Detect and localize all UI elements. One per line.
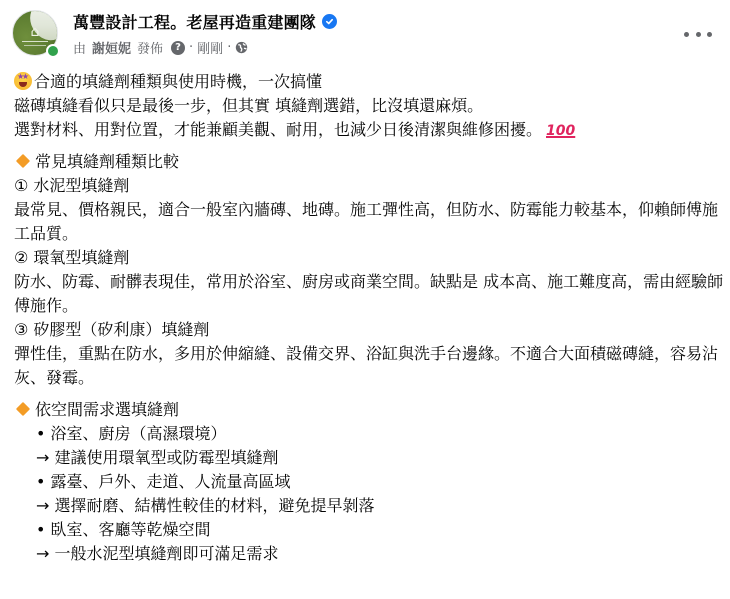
- space-bullet: • 浴室、廚房（高濕環境）: [14, 422, 724, 446]
- online-status-icon: [46, 44, 60, 58]
- space-bullet: • 露臺、戶外、走道、人流量高區域: [14, 470, 724, 494]
- post-header: ⌂ 萬豐設計工程。老屋再造重建團隊 由 謝姮妮 發佈 ? · 剛剛 ·: [0, 0, 730, 68]
- page-name-link[interactable]: 萬豐設計工程。老屋再造重建團隊: [73, 10, 316, 33]
- dot: [696, 32, 701, 37]
- intro-line-3-text: 選對材料、用對位置，才能兼顧美觀、耐用，也減少日後清潔與維修困擾。: [14, 120, 542, 139]
- spacer: [14, 390, 724, 398]
- type-heading: ③ 矽膠型（矽利康）填縫劑: [14, 318, 724, 342]
- more-options-button[interactable]: [684, 24, 712, 44]
- posted-label: 發佈: [137, 38, 163, 57]
- spacer: [14, 142, 724, 150]
- type-description: 防水、防霉、耐髒表現佳，常用於浴室、廚房或商業空間。缺點是 成本高、施工難度高，…: [14, 270, 724, 318]
- dot: [707, 32, 712, 37]
- author-link[interactable]: 謝姮妮: [92, 38, 131, 57]
- help-icon[interactable]: ?: [171, 41, 185, 55]
- dot: [684, 32, 689, 37]
- logo-line-decoration: [24, 45, 46, 46]
- logo-line-decoration: [22, 41, 48, 42]
- orange-diamond-icon: [16, 154, 30, 168]
- type-description: 最常見、價格親民，適合一般室內牆磚、地磚。施工彈性高，但防水、防霉能力較基本，仰…: [14, 198, 724, 246]
- separator: ·: [189, 40, 193, 55]
- intro-line-2: 磁磚填縫看似只是最後一步，但其實 填縫劑選錯，比沒填還麻煩。: [14, 94, 724, 118]
- orange-diamond-icon: [16, 402, 30, 416]
- verified-badge-icon: [322, 14, 337, 29]
- hundred-points-emoji-icon: 100: [546, 123, 575, 139]
- intro-line-3: 選對材料、用對位置，才能兼顧美觀、耐用，也減少日後清潔與維修困擾。100: [14, 118, 724, 142]
- separator: ·: [227, 40, 231, 55]
- section2-title: 依空間需求選填縫劑: [35, 400, 179, 419]
- globe-icon[interactable]: [235, 41, 248, 54]
- space-bullet: • 臥室、客廳等乾燥空間: [14, 518, 724, 542]
- section1-title-line: 常見填縫劑種類比較: [14, 150, 724, 174]
- post-meta: 由 謝姮妮 發佈 ? · 剛剛 ·: [73, 38, 248, 57]
- by-prefix: 由: [73, 38, 86, 57]
- facebook-post: ⌂ 萬豐設計工程。老屋再造重建團隊 由 謝姮妮 發佈 ? · 剛剛 ·: [0, 0, 730, 599]
- type-heading: ② 環氧型填縫劑: [14, 246, 724, 270]
- space-advice: → 一般水泥型填縫劑即可滿足需求: [14, 542, 724, 566]
- timestamp-link[interactable]: 剛剛: [197, 38, 223, 57]
- star-struck-emoji-icon: [14, 72, 32, 90]
- space-advice: → 選擇耐磨、結構性較佳的材料，避免提早剝落: [14, 494, 724, 518]
- intro-title: 合適的填縫劑種類與使用時機，一次搞懂: [34, 72, 322, 91]
- space-advice: → 建議使用環氧型或防霉型填縫劑: [14, 446, 724, 470]
- section1-title: 常見填縫劑種類比較: [35, 152, 179, 171]
- type-description: 彈性佳，重點在防水，多用於伸縮縫、設備交界、浴缸與洗手台邊緣。不適合大面積磁磚縫…: [14, 342, 724, 390]
- post-body: 合適的填縫劑種類與使用時機，一次搞懂 磁磚填縫看似只是最後一步，但其實 填縫劑選…: [14, 70, 724, 566]
- house-logo-icon: ⌂: [27, 25, 43, 45]
- page-name-row: 萬豐設計工程。老屋再造重建團隊: [73, 10, 337, 33]
- intro-title-line: 合適的填縫劑種類與使用時機，一次搞懂: [14, 70, 724, 94]
- section2-title-line: 依空間需求選填縫劑: [14, 398, 724, 422]
- type-heading: ① 水泥型填縫劑: [14, 174, 724, 198]
